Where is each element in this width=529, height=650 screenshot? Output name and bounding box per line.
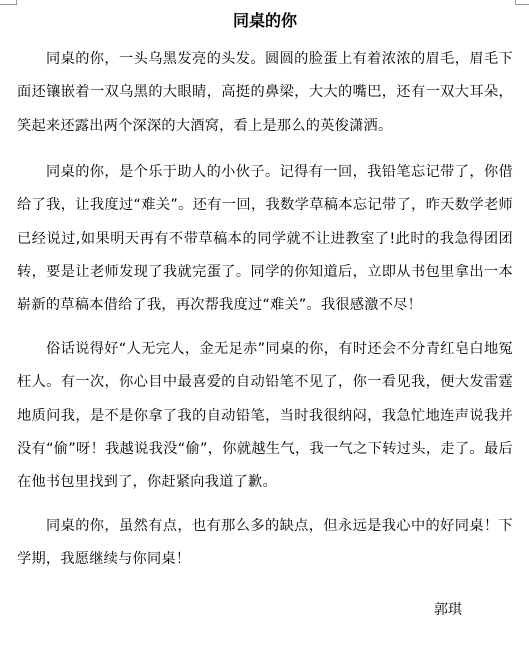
- paragraph-appearance: 同桌的你，一头乌黑发亮的头发。圆圆的脸蛋上有着浓浓的眉毛，眉毛下面还镶嵌着一双乌…: [17, 43, 513, 143]
- paragraph-conclusion: 同桌的你，虽然有点，也有那么多的缺点，但永远是我心中的好同桌！下学期，我愿继续与…: [17, 510, 513, 577]
- paragraph-helpful: 同桌的你，是个乐于助人的小伙子。记得有一回，我铅笔忘记带了，你借给了我，让我度过…: [17, 156, 513, 322]
- crop-mark-top-left: [0, 0, 17, 5]
- crop-mark-top-right: [515, 0, 529, 5]
- paragraph-misunderstanding: 俗话说得好“人无完人，金无足赤”同桌的你，有时还会不分青红皂白地冤枉人。有一次，…: [17, 333, 513, 499]
- document-title: 同桌的你: [17, 10, 513, 32]
- author-signature: 郭琪: [434, 600, 462, 620]
